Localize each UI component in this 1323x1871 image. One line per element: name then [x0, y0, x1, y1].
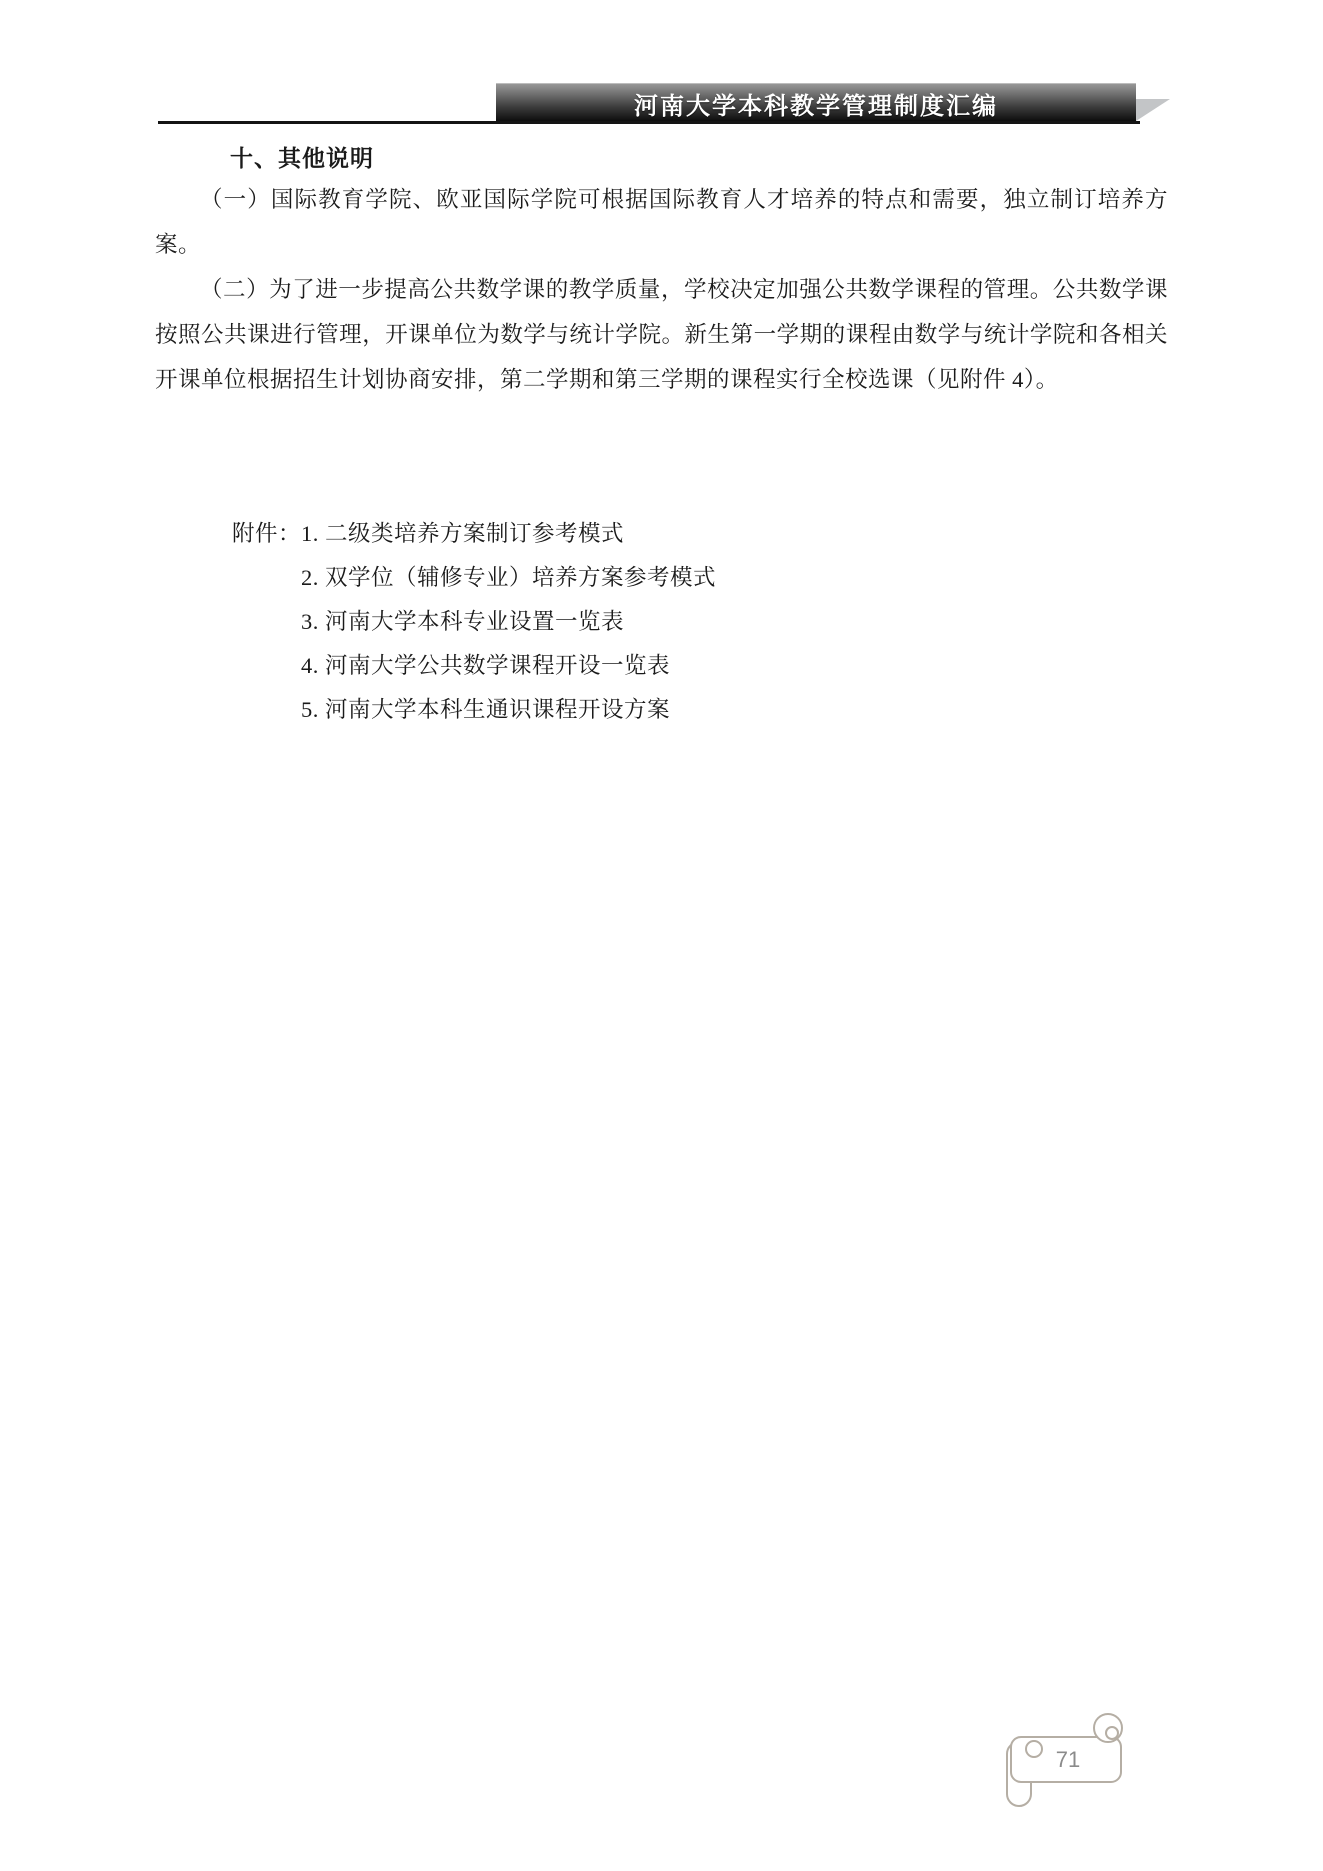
attachments-list: 1. 二级类培养方案制订参考模式 2. 双学位（辅修专业）培养方案参考模式 3.…: [301, 512, 716, 732]
scroll-left-curl: [1026, 1741, 1042, 1757]
document-page: 河南大学本科教学管理制度汇编 十、其他说明 （一）国际教育学院、欧亚国际学院可根…: [0, 0, 1323, 1871]
attachments-block: 附件： 1. 二级类培养方案制订参考模式 2. 双学位（辅修专业）培养方案参考模…: [232, 512, 716, 732]
header-title: 河南大学本科教学管理制度汇编: [634, 86, 998, 121]
paragraph-2-text: （二）为了进一步提高公共数学课的教学质量，学校决定加强公共数学课程的管理。公共数…: [155, 267, 1168, 402]
section-heading: 十、其他说明: [230, 140, 374, 173]
header-banner: 河南大学本科教学管理制度汇编: [496, 83, 1136, 122]
header-divider-line: [158, 121, 1140, 124]
attachment-item: 2. 双学位（辅修专业）培养方案参考模式: [301, 556, 716, 600]
page-number-scroll-icon: 71: [1004, 1712, 1134, 1814]
attachment-item: 5. 河南大学本科生通识课程开设方案: [301, 688, 716, 732]
header-flag-triangle-icon: [1136, 99, 1170, 121]
paragraph-2: （二）为了进一步提高公共数学课的教学质量，学校决定加强公共数学课程的管理。公共数…: [155, 267, 1168, 402]
attachment-item: 3. 河南大学本科专业设置一览表: [301, 600, 716, 644]
scroll-right-curl: [1106, 1727, 1118, 1739]
page-number: 71: [1056, 1747, 1080, 1772]
attachments-label: 附件：: [232, 512, 301, 556]
paragraph-1-text: （一）国际教育学院、欧亚国际学院可根据国际教育人才培养的特点和需要，独立制订培养…: [155, 177, 1168, 267]
attachment-item: 1. 二级类培养方案制订参考模式: [301, 512, 716, 556]
attachment-item: 4. 河南大学公共数学课程开设一览表: [301, 644, 716, 688]
paragraph-1: （一）国际教育学院、欧亚国际学院可根据国际教育人才培养的特点和需要，独立制订培养…: [155, 177, 1168, 267]
